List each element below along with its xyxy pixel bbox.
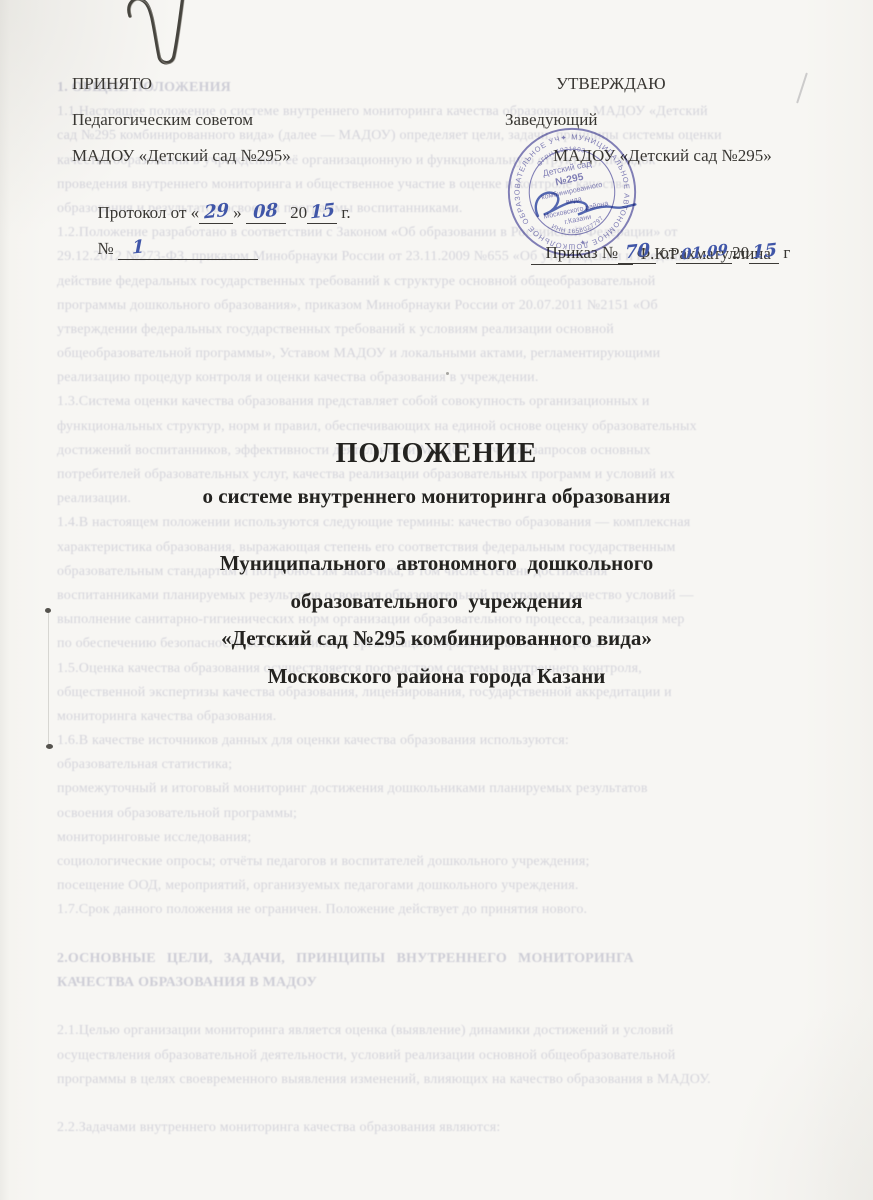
document-subheading: о системе внутреннего мониторинга образо… — [0, 484, 873, 509]
protocol-year-printed: 20 — [290, 203, 307, 222]
org-name-line4: Московского района города Казани — [0, 658, 873, 696]
document-title-block: ПОЛОЖЕНИЕ о системе внутреннего монитори… — [0, 438, 873, 695]
order-year-handwritten: 15 — [752, 240, 777, 264]
order-date-blank: 01.09 — [676, 243, 732, 264]
protocol-number-line: № 1 — [72, 218, 258, 280]
accepted-line-org: МАДОУ «Детский сад №295» — [72, 146, 291, 166]
printed-layer: ПРИНЯТО Педагогическим советом МАДОУ «Де… — [0, 0, 873, 1200]
number-handwritten: 1 — [132, 236, 144, 258]
number-label: № — [98, 239, 114, 258]
round-stamp: ✦ МУНИЦИПАЛЬНОЕ АВТОНОМНОЕ ДОШКОЛЬНОЕ ОБ… — [491, 111, 652, 272]
order-from: от — [660, 243, 676, 262]
protocol-year-handwritten: 15 — [310, 200, 335, 224]
order-year-printed: 20 — [732, 243, 749, 262]
order-year-blank: 15 — [749, 242, 779, 264]
protocol-year-blank: 15 — [307, 202, 337, 224]
scan-speck-upper — [45, 608, 51, 613]
paperclip — [112, 0, 202, 86]
number-blank: 1 — [118, 238, 258, 260]
document-heading: ПОЛОЖЕНИЕ — [0, 438, 873, 470]
scan-speck-small — [446, 372, 449, 375]
protocol-suffix: г. — [337, 203, 351, 222]
order-suffix: г — [779, 243, 790, 262]
org-name-line2: образовательного учреждения — [0, 583, 873, 621]
order-date-handwritten: 01.09 — [681, 240, 728, 263]
org-name-line1: Муниципального автономного дошкольного — [0, 545, 873, 583]
stamp-center-line4: вида — [565, 195, 582, 206]
scan-crease-line — [48, 612, 49, 746]
accepted-line-council: Педагогическим советом — [72, 110, 253, 130]
stamp-diamond-mark: ✦ — [579, 238, 588, 248]
scan-speck-lower — [46, 744, 53, 749]
approved-title: УТВЕРЖДАЮ — [556, 74, 666, 94]
scanned-document-page: 1. ОБЩИЕ ПОЛОЖЕНИЯ1.1.Настоящее положени… — [0, 0, 873, 1200]
org-name-line3: «Детский сад №295 комбинированного вида» — [0, 620, 873, 658]
